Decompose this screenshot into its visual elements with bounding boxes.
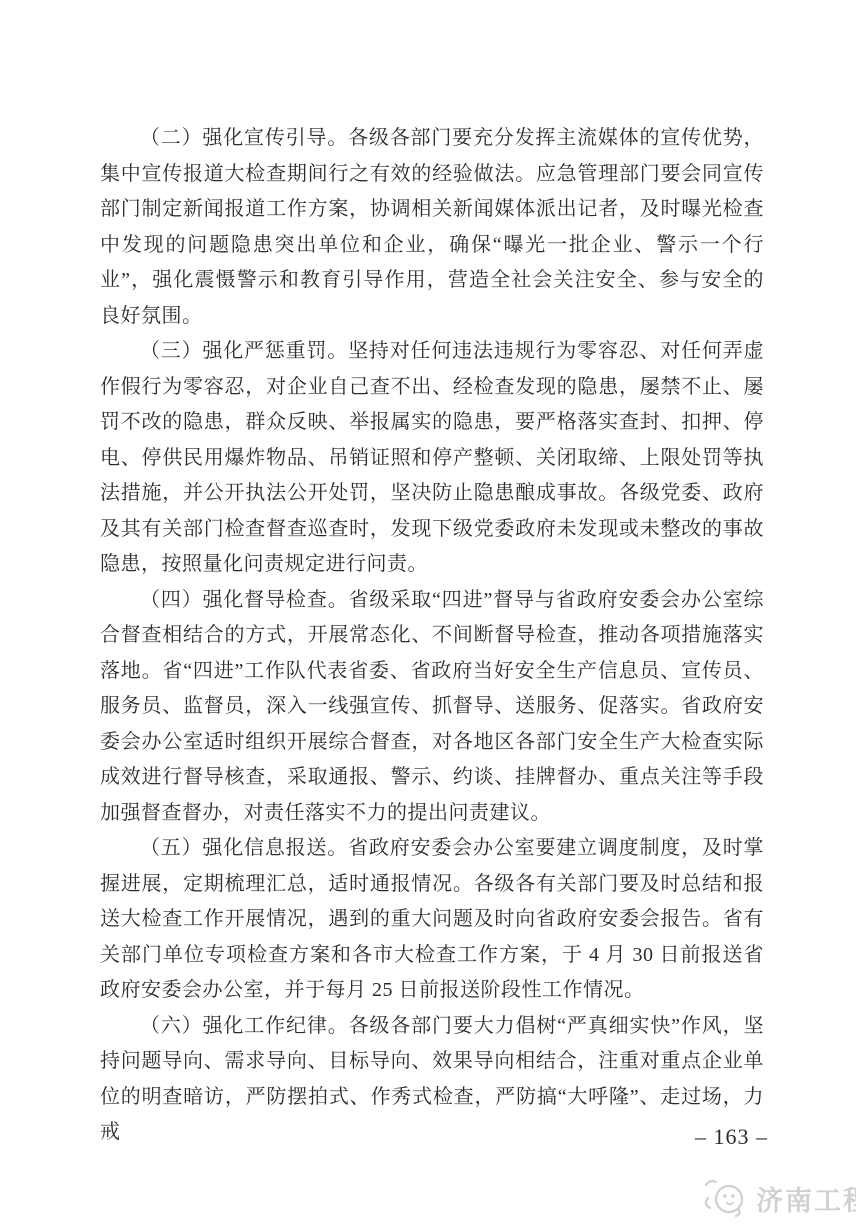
paragraph-section-6: （六）强化工作纪律。各级各部门要大力倡树“严真细实快”作风，坚持问题导向、需求导…	[100, 1009, 764, 1151]
document-body: （二）强化宣传引导。各级各部门要充分发挥主流媒体的宣传优势，集中宣传报道大检查期…	[100, 121, 764, 1151]
page-number: – 163 –	[695, 1124, 768, 1150]
paragraph-section-5: （五）强化信息报送。省政府安委会办公室要建立调度制度，及时掌握进展，定期梳理汇总…	[100, 831, 764, 1009]
document-page: （二）强化宣传引导。各级各部门要充分发挥主流媒体的宣传优势，集中宣传报道大检查期…	[0, 0, 856, 1225]
paragraph-section-4: （四）强化督导检查。省级采取“四进”督导与省政府安委会办公室综合督查相结合的方式…	[100, 583, 764, 832]
paragraph-section-3: （三）强化严惩重罚。坚持对任何违法违规行为零容忍、对任何弄虚作假行为零容忍，对企…	[100, 334, 764, 583]
watermark: 济南工程	[702, 1178, 856, 1218]
mascot-logo-icon	[702, 1178, 748, 1218]
watermark-text: 济南工程	[756, 1179, 856, 1218]
paragraph-section-2: （二）强化宣传引导。各级各部门要充分发挥主流媒体的宣传优势，集中宣传报道大检查期…	[100, 121, 764, 334]
